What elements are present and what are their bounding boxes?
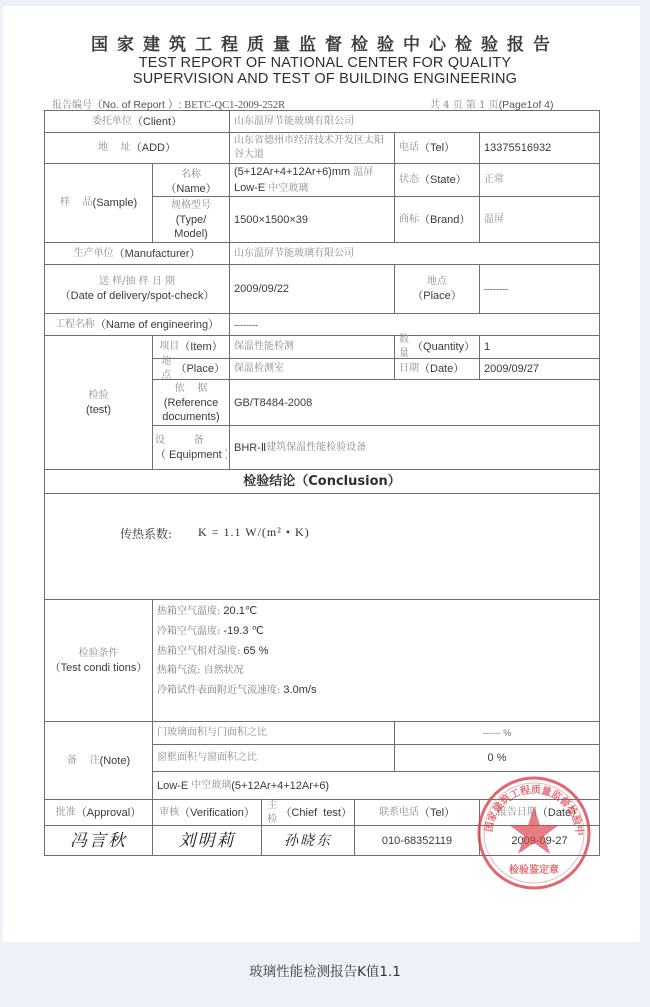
title-cn: 国家建筑工程质量监督检验中心检验报告: [0, 30, 650, 55]
chief-test-label: 主检（Chief test）: [261, 799, 355, 826]
formula-value: K = 1.1 W/(m² • K): [198, 525, 310, 542]
test-label: 检验 (test): [44, 335, 153, 470]
client-value: 山东温屏节能玻璃有限公司: [229, 110, 600, 133]
test-date-label: 日期（Date）: [394, 358, 480, 380]
engineering-value: --------: [229, 313, 600, 336]
verification-label: 审核（Verification）: [152, 799, 262, 826]
window-ratio-label: 窗框面积与窗面积之比: [152, 744, 395, 772]
delivery-date: 2009/09/22: [229, 264, 395, 314]
test-place-value: 保温检测室: [229, 358, 395, 380]
approval-label: 批准（Approval）: [44, 799, 153, 826]
title-en-line2: SUPERVISION AND TEST OF BUILDING ENGINEE…: [0, 71, 650, 87]
condition-line: 热箱空气相对湿度: 65 %: [157, 644, 316, 659]
condition-line: 冷箱试件表面附近气流速度: 3.0m/s: [157, 683, 316, 698]
verification-signature: 刘明莉: [152, 825, 262, 856]
test-item-value: 保温性能检测: [229, 335, 395, 359]
manufacturer-value: 山东温屏节能玻璃有限公司: [229, 242, 600, 265]
equipment-label: 设 备 （ Equipment ）: [152, 425, 230, 470]
glass-description: Low-E 中空玻璃(5+12Ar+4+12Ar+6): [152, 771, 600, 800]
brand-value: 温屏: [479, 196, 600, 243]
door-ratio-value: ------ %: [394, 721, 600, 745]
delivery-place-value: --------: [479, 264, 600, 314]
engineering-label: 工程名称（Name of engineering）: [44, 313, 230, 336]
door-ratio-label: 门玻璃面积与门面积之比: [152, 721, 395, 745]
address-label: 地 址（ADD）: [44, 132, 230, 164]
heat-transfer-coefficient: 传热系数: K = 1.1 W/(m² • K): [120, 525, 310, 542]
condition-line: 热箱气流: 自然状况: [157, 664, 316, 678]
window-ratio-value: 0 %: [394, 744, 600, 772]
condition-line: 冷箱空气温度: -19.3 ℃: [157, 624, 316, 639]
delivery-label: 送 样/抽 样 日 期 （Date of delivery/spot-check…: [44, 264, 230, 314]
image-caption: 玻璃性能检测报告K值1.1: [0, 960, 650, 980]
report-date-value: 2009-09-27: [479, 825, 600, 856]
tel-label: 电话（Tel）: [394, 132, 480, 164]
contact-tel-label: 联系电话（Tel）: [354, 799, 480, 826]
quantity-value: 1: [479, 335, 600, 359]
client-label: 委托单位（Client）: [44, 110, 230, 133]
test-date-value: 2009/09/27: [479, 358, 600, 380]
conditions-values: 热箱空气温度: 20.1℃冷箱空气温度: -19.3 ℃热箱空气相对湿度: 65…: [152, 599, 600, 722]
conditions-label: 检验条件 （Test condi tions）: [44, 599, 153, 722]
brand-label: 商标（Brand）: [394, 196, 480, 243]
equipment-value: BHR-Ⅱ建筑保温性能检验设备: [229, 425, 600, 470]
note-label: 备 注(Note): [44, 721, 153, 800]
chief-test-signature: 孙晓东: [261, 825, 355, 856]
type-value: 1500×1500×39: [229, 196, 395, 243]
state-value: 正常: [479, 163, 600, 197]
formula-label: 传热系数:: [120, 525, 172, 542]
type-label: 规格型号 (Type/ Model): [152, 196, 230, 243]
reference-value: GB/T8484-2008: [229, 379, 600, 426]
report-date-label: 报告日期（Date）: [479, 799, 600, 826]
tel-value: 13375516932: [479, 132, 600, 164]
approval-signature: 冯言秋: [44, 825, 153, 856]
address-value: 山东省德州市经济技术开发区太阳谷大道: [229, 132, 395, 164]
test-place-label: 地点（Place）: [152, 358, 230, 380]
state-label: 状态（State）: [394, 163, 480, 197]
contact-tel-value: 010-68352119: [354, 825, 480, 856]
delivery-place-label: 地点 （Place）: [394, 264, 480, 314]
condition-line: 热箱空气温度: 20.1℃: [157, 604, 316, 619]
manufacturer-label: 生产单位（Manufacturer）: [44, 242, 230, 265]
sample-name-label: 名称（Name）: [152, 163, 230, 197]
title-en-line1: TEST REPORT OF NATIONAL CENTER FOR QUALI…: [0, 55, 650, 71]
sample-label: 样 品(Sample): [44, 163, 153, 243]
conclusion-body: [44, 493, 600, 600]
quantity-label: 数量（Quantity）: [394, 335, 480, 359]
page-info: 共 4 页 第 1 页(Page1of 4): [430, 96, 554, 111]
reference-label: 依 据 (Reference documents): [152, 379, 230, 426]
conclusion-heading: 检验结论（Conclusion）: [44, 469, 600, 494]
sample-name-value: (5+12Ar+4+12Ar+6)mm 温屏 Low-E 中空玻璃: [229, 163, 395, 197]
